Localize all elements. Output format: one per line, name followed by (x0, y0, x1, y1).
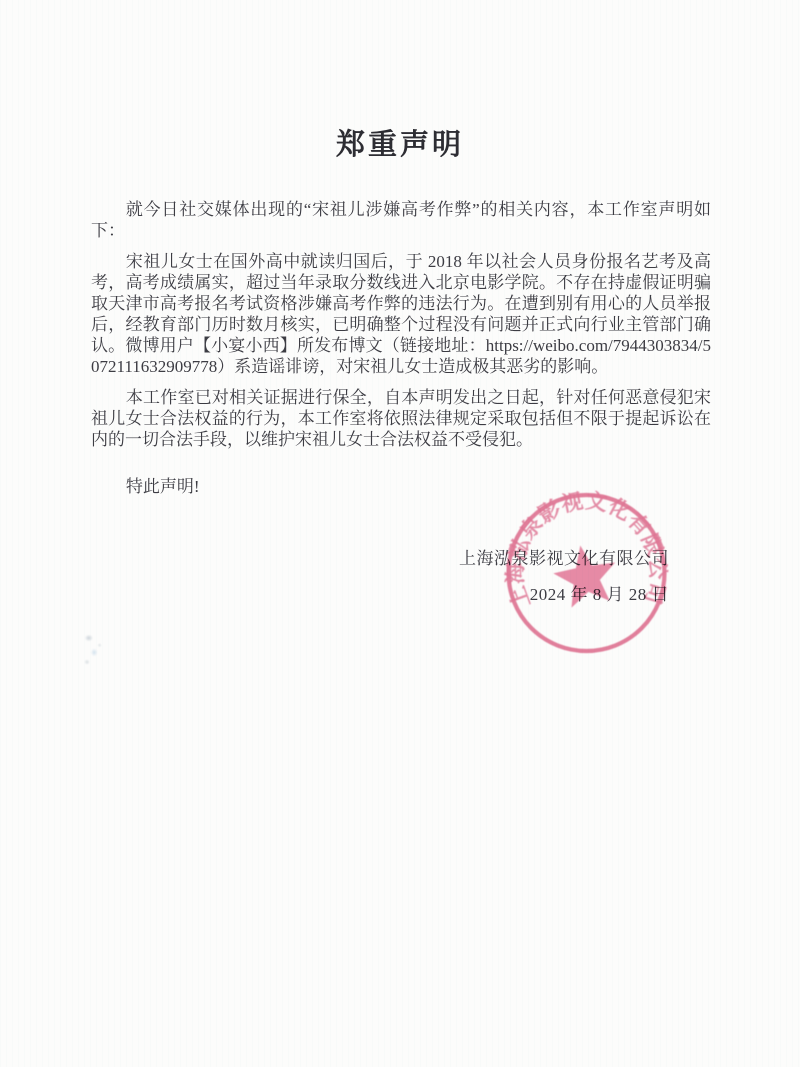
statement-paragraph-2: 宋祖儿女士在国外高中就读归国后，于 2018 年以社会人员身份报名艺考及高考，高… (91, 251, 711, 377)
statement-body: 就今日社交媒体出现的“宋祖儿涉嫌高考作弊”的相关内容，本工作室声明如下： 宋祖儿… (91, 199, 711, 507)
statement-paragraph-3: 本工作室已对相关证据进行保全，自本声明发出之日起，针对任何恶意侵犯宋祖儿女士合法… (91, 387, 711, 450)
scanned-statement-page: 郑重声明 就今日社交媒体出现的“宋祖儿涉嫌高考作弊”的相关内容，本工作室声明如下… (0, 0, 800, 1067)
statement-title: 郑重声明 (0, 122, 800, 163)
scan-smudge-artifact (78, 626, 114, 674)
company-seal-stamp: 上海泓泉影视文化有限公司 (503, 489, 670, 656)
seal-star-icon (549, 540, 621, 610)
statement-paragraph-1: 就今日社交媒体出现的“宋祖儿涉嫌高考作弊”的相关内容，本工作室声明如下： (91, 199, 711, 241)
